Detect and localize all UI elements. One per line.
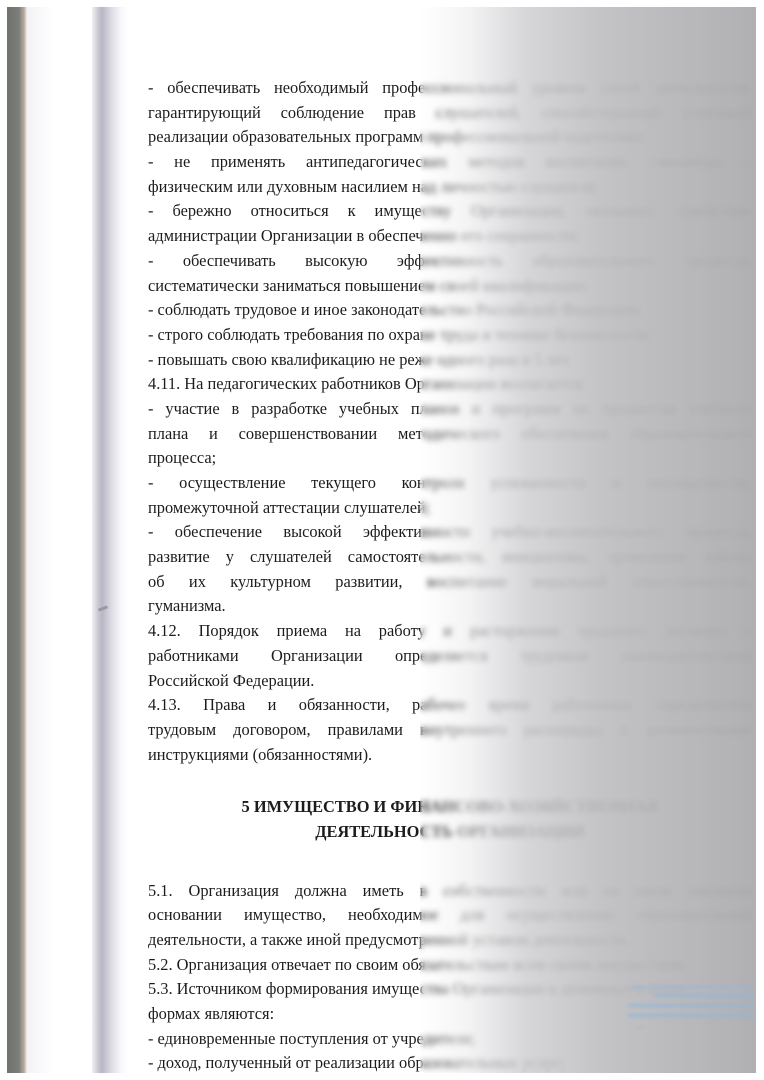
text-line: гуманизма. (148, 594, 752, 619)
scanned-page: - обеспечивать необходимый профессиональ… (0, 0, 764, 1080)
section-5-heading: 5 ИМУЩЕСТВО И ФИНАНСОВО-ХОЗЯЙСТВЕННАЯ ДЕ… (148, 795, 752, 844)
text-line: - строго соблюдать требования по охране … (148, 323, 752, 348)
text-line: - бережно относиться к имуществу Организ… (148, 199, 752, 224)
text-line: развитие у слушателей самостоятельности,… (148, 545, 752, 570)
text-line: плана и совершенствовании методического … (148, 422, 752, 447)
clause-5-1: 5.1. Организация должна иметь в собствен… (148, 879, 752, 904)
scan-border-bottom (0, 1073, 764, 1080)
text-line: физическим или духовным насилием над лич… (148, 175, 752, 200)
text-line: - осуществление текущего контроля успева… (148, 471, 752, 496)
scan-border-top (0, 0, 764, 7)
section-heading-line: 5 ИМУЩЕСТВО И ФИНАНСОВО-ХОЗЯЙСТВЕННАЯ (148, 795, 752, 820)
clause-4-11: 4.11. На педагогических работников Орган… (148, 372, 752, 397)
text-line: - обеспечение высокой эффективности учеб… (148, 520, 752, 545)
page-margin (27, 7, 95, 1073)
text-line: деятельности, а также иной предусмотренн… (148, 928, 752, 953)
text-line: - повышать свою квалификацию не реже одн… (148, 348, 752, 373)
text-line: систематически заниматься повышением сво… (148, 274, 752, 299)
text-line: Российской Федерации. (148, 669, 752, 694)
text-line: администрации Организации в обеспечении … (148, 224, 752, 249)
text-line: об их культурном развитии, воспитание мо… (148, 570, 752, 595)
fold-shadow (92, 7, 128, 1073)
text-line: - обеспечивать высокую эффективность обр… (148, 249, 752, 274)
stamp-text: ... (636, 1020, 644, 1031)
text-line: процесса; (148, 446, 752, 471)
text-line: работниками Организации определяется тру… (148, 644, 752, 669)
blue-stamp: ... (626, 980, 754, 1036)
section-heading-line: ДЕЯТЕЛЬНОСТЬ ОРГАНИЗАЦИИ (148, 820, 752, 845)
clause-5-2: 5.2. Организация отвечает по своим обяза… (148, 953, 752, 978)
clause-4-12: 4.12. Порядок приема на работу и расторж… (148, 619, 752, 644)
text-line: гарантирующий соблюдение прав слушателей… (148, 101, 752, 126)
clause-4-13: 4.13. Права и обязанности, рабочее время… (148, 693, 752, 718)
text-line: основании имущество, необходимое для осу… (148, 903, 752, 928)
text-line: реализации образовательных программ проф… (148, 125, 752, 150)
text-line: - обеспечивать необходимый профессиональ… (148, 76, 752, 101)
text-line: - участие в разработке учебных планов и … (148, 397, 752, 422)
text-line: - не применять антипедагогических методо… (148, 150, 752, 175)
document-body: - обеспечивать необходимый профессиональ… (148, 76, 752, 1076)
text-line: трудовым договором, правилами внутреннег… (148, 718, 752, 743)
text-line: - соблюдать трудовое и иное законодатель… (148, 298, 752, 323)
text-line: инструкциями (обязанностями). (148, 743, 752, 768)
scan-border-right (756, 0, 764, 1080)
binding-edge (7, 7, 27, 1073)
text-line: промежуточной аттестации слушателей; (148, 496, 752, 521)
